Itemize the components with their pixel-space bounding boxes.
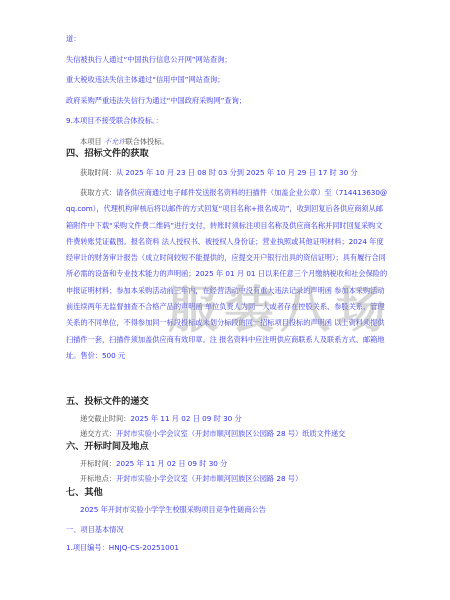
project-number: 1.项目编号：HNJQ-CS-20251001 [66, 543, 179, 553]
text-line: 道： [66, 34, 80, 44]
document-page: 道： 失信被执行人通过“中国执行信息公开网”网站查询； 重大税收违法失信主体通过… [0, 0, 450, 600]
announcement-title: 2025 年开封市实验小学学生校服采购项目竞争性磋商公告 [80, 505, 266, 515]
acquisition-method: 获取方式：请各供应商通过电子邮件发送报名资料的扫描件（加盖企业公章）至（7144… [66, 185, 388, 364]
text-line: 重大税收违法失信主体通过“信用中国”网站查询； [66, 75, 224, 85]
acquisition-method-value: 请各供应商通过电子邮件发送报名资料的扫描件（加盖企业公章）至（714413630… [66, 188, 387, 360]
opening-place-value: 开封市实验小学会议室（开封市顺河回族区公园路 28 号） [116, 474, 302, 483]
section-heading-5: 五、投标文件的递交 [66, 396, 149, 408]
acquisition-time: 获取时间：从 2025 年 10 月 23 日 08 时 03 分到 2025 … [80, 168, 358, 178]
consortium-suffix: 联合体投标。 [125, 137, 168, 146]
opening-time-value: 2025 年 11 月 02 日 09 时 30 分 [116, 459, 227, 468]
opening-time-label: 开标时间： [80, 459, 116, 468]
acquisition-time-value: 从 2025 年 10 月 23 日 08 时 03 分到 2025 年 10 … [116, 168, 358, 177]
section-heading-6: 六、开标时间及地点 [66, 441, 149, 453]
consortium-prefix: 本项目 [80, 137, 102, 146]
submission-deadline-value: 2025 年 11 月 02 日 09 时 30 分 [130, 414, 241, 423]
opening-place: 开标地点：开封市实验小学会议室（开封市顺河回族区公园路 28 号） [80, 474, 302, 484]
section-heading-7: 七、其他 [66, 487, 103, 499]
section-heading-4: 四、招标文件的获取 [66, 148, 149, 160]
submission-deadline-label: 递交截止时间： [80, 414, 130, 423]
opening-place-label: 开标地点： [80, 474, 116, 483]
submission-deadline: 递交截止时间：2025 年 11 月 02 日 09 时 30 分 [80, 414, 242, 424]
acquisition-time-label: 获取时间： [80, 168, 116, 177]
subsection-heading: 一、项目基本情况 [66, 525, 124, 535]
acquisition-method-label: 获取方式： [80, 188, 116, 197]
text-line: 政府采购严重违法失信行为通过“中国政府采购网”查询； [66, 96, 246, 106]
text-line: 9.本项目不接受联合体投标。： [66, 116, 163, 126]
submission-method-label: 递交方式： [80, 429, 116, 438]
consortium-statement: 本项目 不允许联合体投标。 [80, 137, 169, 147]
submission-method-value: 开封市实验小学会议室（开封市顺河回族区公园路 28 号）纸质文件递交 [116, 429, 345, 438]
text-line: 失信被执行人通过“中国执行信息公开网”网站查询； [66, 55, 232, 65]
opening-time: 开标时间：2025 年 11 月 02 日 09 时 30 分 [80, 459, 227, 469]
submission-method: 递交方式：开封市实验小学会议室（开封市顺河回族区公园路 28 号）纸质文件递交 [80, 429, 345, 439]
consortium-emphasis: 不允许 [104, 137, 126, 146]
